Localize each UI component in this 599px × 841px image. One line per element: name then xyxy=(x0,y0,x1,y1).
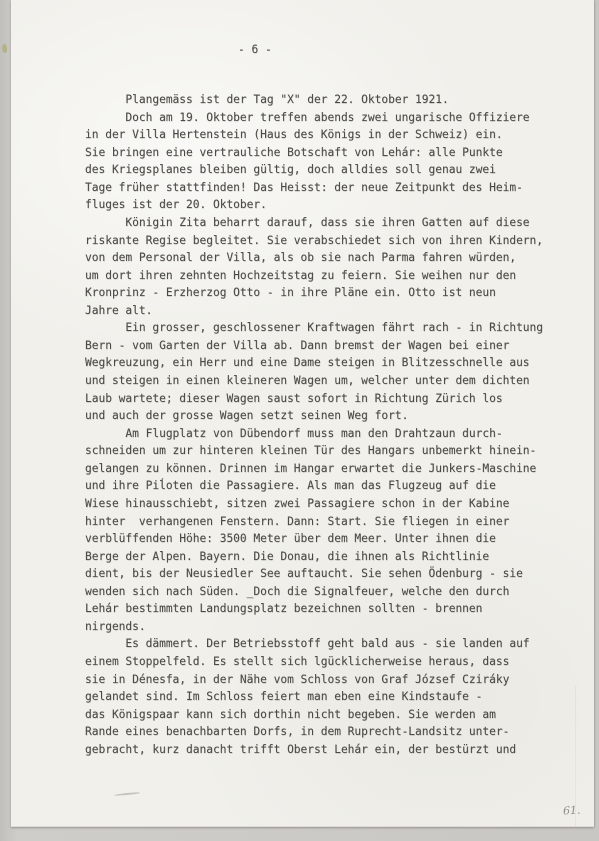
text-line: von dem Personal der Villa, als ob sie n… xyxy=(85,249,543,267)
text-line: Es dämmert. Der Betriebsstoff geht bald … xyxy=(85,635,543,653)
text-line: Sie bringen eine vertrauliche Botschaft … xyxy=(85,144,543,162)
text-line: des Kriegsplanes bleiben gültig, doch al… xyxy=(85,161,543,179)
text-line: Bern - vom Garten der Villa ab. Dann bre… xyxy=(85,337,543,355)
pencil-mark xyxy=(114,792,140,796)
document-page: - 6 - Plangemäss ist der Tag "X" der 22.… xyxy=(11,0,594,827)
text-line: Tage früher stattfinden! Das Heisst: der… xyxy=(85,179,543,197)
page-number: - 6 - xyxy=(238,43,272,56)
text-line: Rande eines benachbarten Dorfs, in dem R… xyxy=(85,723,543,741)
text-line: hinter verhangenen Fenstern. Dann: Start… xyxy=(85,513,543,531)
text-line: und ihre Piĺoten die Passagiere. Als man… xyxy=(85,477,543,495)
text-line: Am Flugplatz von Dübendorf muss man den … xyxy=(85,425,543,443)
text-line: Ein grosser, geschlossener Kraftwagen fä… xyxy=(85,319,543,337)
text-line: fluges ist der 20. Oktober. xyxy=(85,196,543,214)
text-line: Lehár bestimmten Landungsplatz bezeichne… xyxy=(85,600,543,618)
text-line: Berge der Alpen. Bayern. Die Donau, die … xyxy=(85,548,543,566)
text-line: riskante Regise begleitet. Sie verabschi… xyxy=(85,232,543,250)
text-line: sie in Dénesfa, in der Nähe vom Schloss … xyxy=(85,671,543,689)
document-body: Plangemäss ist der Tag "X" der 22. Oktob… xyxy=(85,91,543,758)
text-line: Königin Zita beharrt darauf, dass sie ih… xyxy=(85,214,543,232)
text-line: um dort ihren zehnten Hochzeitstag zu fe… xyxy=(85,267,543,285)
handwritten-page-mark: 61. xyxy=(563,804,581,818)
text-line: Doch am 19. Oktober treffen abends zwei … xyxy=(85,109,543,127)
text-line: Wegkreuzung, ein Herr und eine Dame stei… xyxy=(85,354,543,372)
text-line: in der Villa Hertenstein (Haus des König… xyxy=(85,126,543,144)
text-line: Laub wartete; dieser Wagen saust sofort … xyxy=(85,390,543,408)
text-line: gelangen zu können. Drinnen im Hangar er… xyxy=(85,460,543,478)
text-line: das Königspaar kann sich dorthin nicht b… xyxy=(85,706,543,724)
text-line: gebracht, kurz danacht trifft Oberst Leh… xyxy=(85,741,543,759)
scan-background: - 6 - Plangemäss ist der Tag "X" der 22.… xyxy=(0,0,599,841)
text-line: Kronprinz - Erzherzog Otto - in ihre Plä… xyxy=(85,284,543,302)
text-line: dient, bis der Neusiedler See auftaucht.… xyxy=(85,565,543,583)
text-line: und auch der grosse Wagen setzt seinen W… xyxy=(85,407,543,425)
text-line: wenden sich nach Süden. _Doch die Signal… xyxy=(85,583,543,601)
text-line: Plangemäss ist der Tag "X" der 22. Oktob… xyxy=(85,91,543,109)
text-line: Wiese hinausschiebt, sitzen zwei Passagi… xyxy=(85,495,543,513)
text-line: und steigen in einen kleineren Wagen um,… xyxy=(85,372,543,390)
paper-speck xyxy=(2,44,7,53)
text-line: gelandet sind. Im Schloss feiert man ebe… xyxy=(85,688,543,706)
text-line: nirgends. xyxy=(85,618,543,636)
text-line: verblüffenden Höhe: 3500 Meter über dem … xyxy=(85,530,543,548)
text-line: Jahre alt. xyxy=(85,302,543,320)
text-line: einem Stoppelfeld. Es stellt sich lgückl… xyxy=(85,653,543,671)
text-line: schneiden um zur hinteren kleinen Tür de… xyxy=(85,442,543,460)
